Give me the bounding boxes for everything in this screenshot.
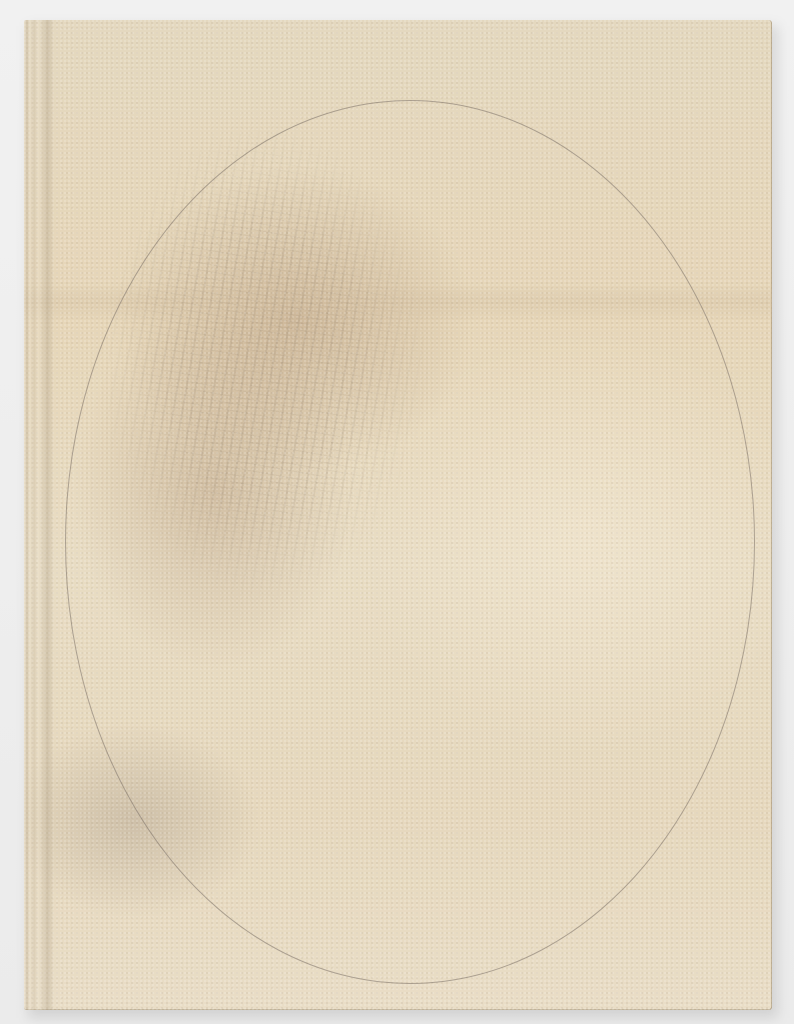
spine-description: Spine with raised ridges on left edge xyxy=(24,20,25,21)
scene-description: Cream vellum-style leather book cover wi… xyxy=(0,0,1,1)
photo-stage: Spine with raised ridges on left edge Pe… xyxy=(0,0,794,1024)
pencil-oval: Pencil oval outline xyxy=(65,100,755,984)
book-cover: Spine with raised ridges on left edge Pe… xyxy=(24,20,772,1010)
book-spine: Spine with raised ridges on left edge xyxy=(24,20,54,1010)
